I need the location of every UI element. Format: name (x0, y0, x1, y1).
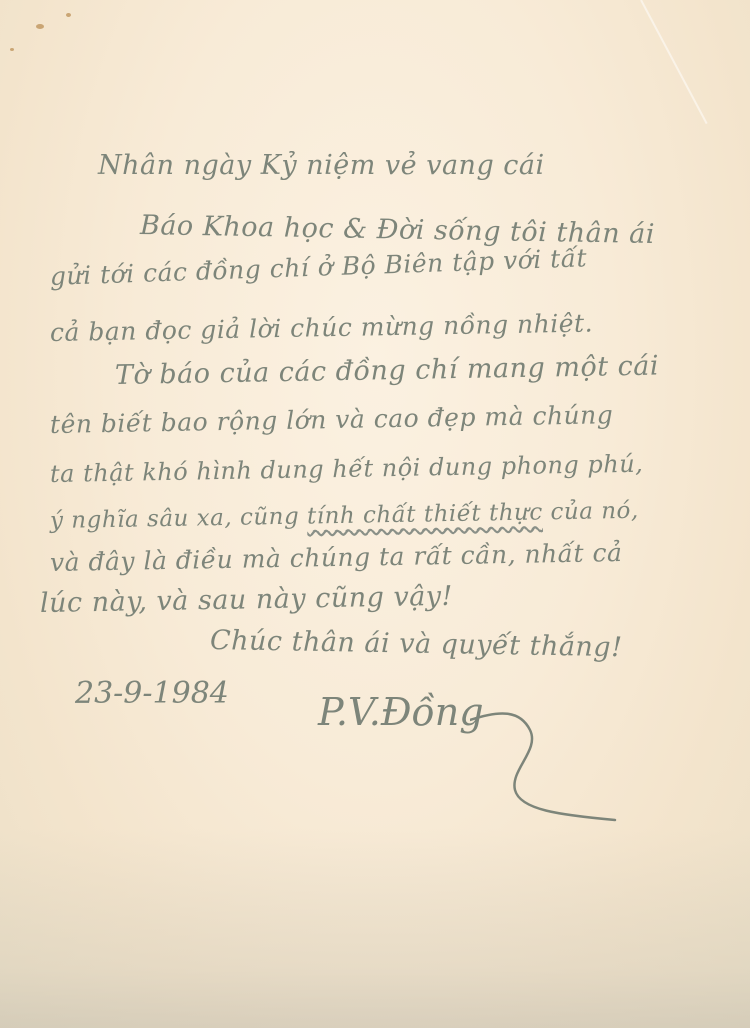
stain-spot (36, 24, 44, 29)
signature-flourish (470, 700, 630, 830)
paper-crease (640, 0, 707, 124)
line-text: của nó, (542, 498, 638, 526)
letter-line: gửi tới các đồng chí ở Bộ Biên tập với t… (49, 243, 587, 291)
letter-line: ý nghĩa sâu xa, cũng tính chất thiết thự… (50, 498, 639, 534)
letter-date: 23-9-1984 (75, 676, 229, 711)
letter-line: Chúc thân ái và quyết thắng! (210, 625, 623, 663)
letter-line: Nhân ngày Kỷ niệm vẻ vang cái (98, 150, 545, 181)
underlined-phrase: tính chất thiết thực (307, 499, 543, 529)
signature: P.V.Đồng (318, 690, 484, 734)
stain-spot (66, 13, 71, 17)
letter-page: Nhân ngày Kỷ niệm vẻ vang cái Báo Khoa h… (0, 0, 750, 1028)
line-text: ý nghĩa sâu xa, cũng (50, 504, 307, 534)
letter-line: và đây là điều mà chúng ta rất cần, nhất… (50, 538, 623, 577)
letter-line: lúc này, và sau này cũng vậy! (40, 581, 453, 619)
letter-line: ta thật khó hình dung hết nội dung phong… (50, 450, 644, 488)
stain-spot (10, 48, 14, 51)
letter-line: Tờ báo của các đồng chí mang một cái (115, 351, 660, 391)
letter-line: cả bạn đọc giả lời chúc mừng nồng nhiệt. (50, 309, 594, 347)
letter-line: tên biết bao rộng lớn và cao đẹp mà chún… (50, 400, 614, 439)
